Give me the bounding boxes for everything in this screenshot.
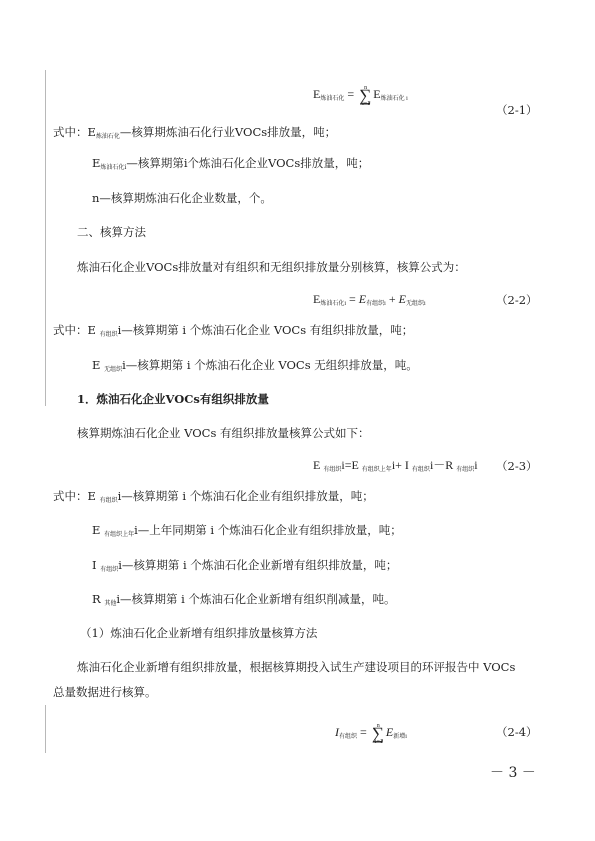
definition-text: i—上年同期第 i 个炼油石化企业有组织排放量，吨； (134, 523, 402, 537)
subsection-heading: 1．炼油石化企业VOCs有组织排放量 (77, 391, 269, 407)
formula-2-4: I有组织 = ∑ni=1E新增i (335, 724, 407, 745)
definition-line: 式中：E 有组织i—核算期第 i 个炼油石化企业有组织排放量，吨； (53, 488, 374, 509)
sum-upper: n (377, 718, 380, 734)
subscript: 有组织 (323, 467, 341, 473)
sum-upper: n (364, 80, 367, 96)
definition-line: 式中：E 有组织i—核算期第 i 个炼油石化企业 VOCs 有组织排放量，吨； (53, 322, 413, 343)
definition-text: i—核算期第 i 个炼油石化企业新增有组织排放量，吨； (118, 558, 397, 572)
subscript: 有组织 (412, 467, 430, 473)
definition-line: I 有组织i—核算期第 i 个炼油石化企业新增有组织排放量，吨； (92, 557, 397, 578)
margin-rule-top (45, 70, 46, 406)
subscript: 有组织 (100, 497, 118, 504)
document-page: E炼油石化 = ∑ni=1E炼油石化 i （2-1） 式中：E炼油石化—核算期炼… (0, 0, 595, 841)
subscript: 有组织i (366, 301, 386, 307)
definition-text: i—核算期第 i 个炼油石化企业新增有组织削减量，吨。 (116, 592, 395, 606)
symbol: R (92, 592, 104, 606)
definition-line: E 有组织上年i—上年同期第 i 个炼油石化企业有组织排放量，吨； (92, 522, 402, 543)
equals-sign: = (346, 292, 359, 306)
sum-lower: i=1 (375, 734, 383, 750)
subscript: 新增i (393, 734, 407, 740)
definition-text: —核算期第i个炼油石化企业VOCs排放量，吨； (126, 156, 369, 170)
prefix: 式中： (53, 323, 88, 337)
paragraph-line: 炼油石化企业新增有组织排放量，根据核算期投入试生产建设项目的环评报告中 VOCs (77, 659, 515, 675)
summation-icon: ∑ni=1 (372, 726, 384, 742)
subscript: 无组织i (406, 301, 426, 307)
symbol: E (92, 523, 104, 537)
paragraph-line: 总量数据进行核算。 (53, 684, 157, 700)
definition-line: E炼油石化i—核算期第i个炼油石化企业VOCs排放量，吨； (92, 155, 369, 176)
subscript: 有组织 (339, 734, 357, 740)
definition-line: R 其他i—核算期第 i 个炼油石化企业新增有组织削减量，吨。 (92, 591, 396, 612)
subscript: 无组织 (104, 366, 122, 373)
margin-rule-bottom (45, 705, 46, 753)
paragraph: 核算期炼油石化企业 VOCs 有组织排放量核算公式如下： (77, 425, 370, 441)
subscript: 有组织 (456, 467, 474, 473)
definition-line: E 无组织i—核算期第 i 个炼油石化企业 VOCs 无组织排放量，吨。 (92, 357, 418, 378)
term: E (313, 458, 323, 472)
symbol: E (373, 87, 380, 101)
page-number: － 3 － (490, 762, 536, 782)
subscript: 有组织 (100, 331, 118, 338)
subscript: 炼油石化 (320, 96, 344, 102)
paragraph: 炼油石化企业VOCs排放量对有组织和无组织排放量分别核算，核算公式为： (77, 259, 466, 275)
symbol: E (88, 125, 96, 139)
equals-sign: = (347, 87, 354, 101)
symbol: E (399, 292, 406, 306)
subscript: 炼油石化 i (381, 96, 408, 102)
subscript: 有组织 (100, 566, 118, 573)
symbol: E (88, 323, 100, 337)
equation-number-2-3: （2-3） (496, 458, 538, 474)
subscript: 炼油石化i (100, 164, 126, 171)
definition-text: —核算期炼油石化行业VOCs排放量，吨； (120, 125, 336, 139)
term: i (474, 458, 477, 472)
prefix: 式中： (53, 125, 88, 139)
prefix: 式中： (53, 489, 88, 503)
equation-number-2-4: （2-4） (496, 724, 538, 740)
formula-2-2: E炼油石化i = E有组织i + E无组织i (313, 291, 426, 312)
definition-text: i—核算期第 i 个炼油石化企业有组织排放量，吨； (118, 489, 374, 503)
equation-number-2-1: （2-1） (496, 102, 538, 118)
subscript: 炼油石化 (96, 133, 120, 140)
definition-text: i—核算期第 i 个炼油石化企业 VOCs 无组织排放量，吨。 (122, 358, 418, 372)
summation-icon: ∑ni=1 (359, 88, 371, 104)
symbol: E (92, 358, 104, 372)
plus-sign: + (386, 292, 399, 306)
definition-line: n—核算期炼油石化企业数量，个。 (92, 190, 272, 206)
subsection-heading: （1）炼油石化企业新增有组织排放量核算方法 (80, 625, 317, 641)
term: i+ I (392, 458, 412, 472)
subscript: 炼油石化i (320, 301, 346, 307)
symbol: I (92, 558, 100, 572)
term: i=E (341, 458, 361, 472)
subscript: 其他 (104, 600, 116, 607)
equation-number-2-2: （2-2） (496, 292, 538, 308)
equals-sign: = (357, 725, 370, 739)
section-heading: 二、核算方法 (77, 224, 146, 240)
definition-text: i—核算期第 i 个炼油石化企业 VOCs 有组织排放量，吨； (118, 323, 414, 337)
symbol: E (88, 489, 100, 503)
definition-text: —核算期炼油石化企业数量，个。 (99, 191, 272, 205)
formula-2-1: E炼油石化 = ∑ni=1E炼油石化 i (313, 86, 408, 107)
subscript: 有组织上年 (362, 467, 392, 473)
formula-2-3: E 有组织i=E 有组织上年i+ I 有组织i－R 有组织i (313, 457, 478, 478)
definition-line: 式中：E炼油石化—核算期炼油石化行业VOCs排放量，吨； (53, 124, 336, 145)
term: i－R (430, 458, 456, 472)
sum-lower: i=1 (362, 96, 370, 112)
subscript: 有组织上年 (104, 531, 134, 538)
